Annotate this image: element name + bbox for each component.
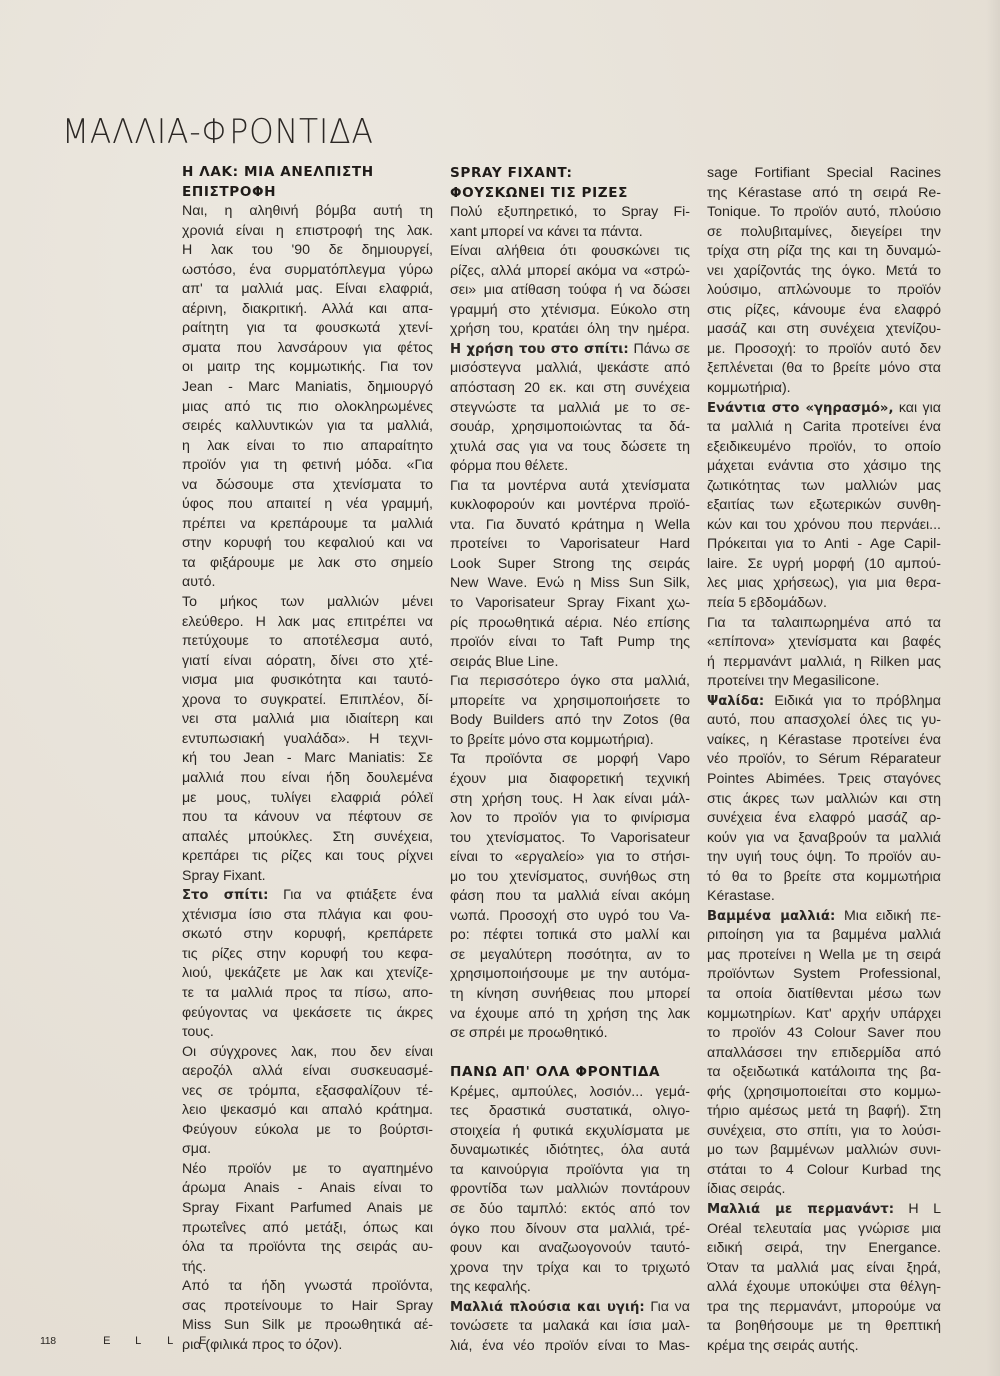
line-text: είναι το «εργαλείο» για το στήσι- bbox=[450, 849, 690, 865]
text-line: πρωτεΐνες από μετάξι, όπως και bbox=[182, 1219, 433, 1239]
line-text: Οι σύγχρονες λακ, που δεν είναι bbox=[182, 1044, 433, 1060]
line-text: μο του χτενίσματος, συνήθως στη bbox=[450, 869, 690, 885]
text-line: τη κίνηση συνήθειας που μπορεί bbox=[450, 985, 690, 1005]
line-text: να έχουμε από τη χρήση της λακ bbox=[450, 1006, 690, 1022]
text-line: στις ρίζες, κάνουμε ένα ελαφρό bbox=[707, 301, 941, 321]
line-text: Το μήκος των μαλλιών μένει bbox=[182, 594, 433, 610]
text-line: Oréal τελευταία μας γνώρισε μια bbox=[707, 1220, 941, 1240]
text-line: Η χρήση του στο σπίτι: Πάνω σε bbox=[450, 340, 690, 360]
line-text: sage Fortifiant Special Racines bbox=[707, 165, 941, 181]
line-text: New Wave. Ενώ η Miss Sun Silk, bbox=[450, 575, 690, 591]
line-text: και για bbox=[893, 400, 941, 416]
text-line: Τα προϊόντα σε μορφή Vapo bbox=[450, 750, 690, 770]
page-title: ΜΑΛΛΙΑ-ΦΡΟΝΤΙΔΑ bbox=[62, 112, 374, 152]
text-line: απ' τα μαλλιά μας. Είναι ελαφριά, bbox=[182, 280, 433, 300]
line-text: τις ρίζες στην κορυφή του κεφα- bbox=[182, 946, 433, 962]
line-text: νωπά. Προσοχή στο υγρό του Va- bbox=[450, 908, 690, 924]
line-text: σουάρ, χρησιμοποιώντας τα δά- bbox=[450, 419, 690, 435]
text-line: της κεφαλής. bbox=[450, 1278, 690, 1298]
line-text: της Kérastase από τη σειρά Re- bbox=[707, 185, 941, 201]
text-line: τις ρίζες στην κορυφή του κεφα- bbox=[182, 945, 433, 965]
text-line: Ενάντια στο «γηρασμό», και για bbox=[707, 399, 941, 419]
text-line: λες μιας χρήσεως), για μια θερα- bbox=[707, 574, 941, 594]
line-text: αέρινη, διακριτική. Αλλά και απα- bbox=[182, 301, 433, 317]
text-line: φουν και αναζωογονούν ταυτό- bbox=[450, 1239, 690, 1259]
line-text: νει στα μαλλιά μια ιδιαίτερη και bbox=[182, 711, 433, 727]
inline-subheading: Ενάντια στο «γηρασμό», bbox=[707, 401, 893, 416]
text-line: Μαλλιά πλούσια και υγιή: Για να bbox=[450, 1298, 690, 1318]
line-text: σειρές καλλυντικών για τα μαλλιά, bbox=[182, 418, 433, 434]
line-text: σε μεγαλύτερη ποσότητα, αν το bbox=[450, 947, 690, 963]
text-line: ειδική σειρά, την Energance. bbox=[707, 1239, 941, 1259]
text-line: ή περμανάντ μαλλιά, η Rilken μας bbox=[707, 653, 941, 673]
line-text: μισόστεγνα μαλλιά, ψεκάστε από bbox=[450, 360, 690, 376]
text-line: οι μαιτρ της κομμωτικής. Για τον bbox=[182, 358, 433, 378]
page-number: 118 bbox=[40, 1335, 100, 1347]
text-line: σματα που λανσάρουν για φέτος bbox=[182, 339, 433, 359]
text-line: σε μεγαλύτερη ποσότητα, αν το bbox=[450, 946, 690, 966]
text-line: χρησιμοποιήσουμε με την αυτόμα- bbox=[450, 965, 690, 985]
text-line: αυτό. bbox=[182, 573, 433, 593]
line-text: Για περισσότερο όγκο στα μαλλιά, bbox=[450, 673, 690, 689]
line-text: μαλλιά που είναι ήδη δουλεμένα bbox=[182, 770, 433, 786]
text-line: Βαμμένα μαλλιά: Μια ειδική πε- bbox=[707, 907, 941, 927]
text-line: στις άκρες των μαλλιών και στη bbox=[707, 790, 941, 810]
line-text: xant μπορεί να κάνει τα πάντα. bbox=[450, 224, 643, 240]
line-text: μπορείτε να χρησιμοποιήσετε το bbox=[450, 693, 690, 709]
text-line: μας προτείνει η Wella με τη σειρά bbox=[707, 946, 941, 966]
text-line: τα καινούργια προϊόντα για τη bbox=[450, 1161, 690, 1181]
line-text: Κρέμες, αμπούλες, λοσιόν... γεμά- bbox=[450, 1084, 690, 1100]
text-line: χτυλά σας για να τους δώσετε τη bbox=[450, 438, 690, 458]
text-line: απαλές μπούκλες. Στη συνέχεια, bbox=[182, 828, 433, 848]
line-text: σμα. bbox=[182, 1141, 211, 1157]
text-line: τα μαλλιά η Carita προτείνει ένα bbox=[707, 418, 941, 438]
line-text: το Vaporisateur Spray Fixant χω- bbox=[450, 595, 690, 611]
line-text: δυναμωτικές ιδιότητες, όλα αυτά bbox=[450, 1142, 690, 1158]
line-text: λειο ψεκασμό και απαλό κράτημα. bbox=[182, 1102, 433, 1118]
line-text: έχουν μια διαφορετική τεχνική bbox=[450, 771, 690, 787]
line-text: μάχεται ενάντια στο χάσιμο της bbox=[707, 458, 941, 474]
line-text: τα φιξάρουμε με λακ στο σημείο bbox=[182, 555, 433, 571]
line-text: χρησιμοποιήσουμε με την αυτόμα- bbox=[450, 966, 690, 982]
line-text: πεία 5 εβδομάδων. bbox=[707, 595, 827, 611]
text-line: po: πέφτει τοπικά στο μαλλί και bbox=[450, 926, 690, 946]
text-line: ίδιας σειράς. bbox=[707, 1180, 941, 1200]
line-text: σει» μια ατίθαση τούφα ή να δώσει bbox=[450, 282, 690, 298]
text-line: κών και του χρόνου που περνάει... bbox=[707, 516, 941, 536]
text-line: ρίζες, αλλά μπορεί ακόμα να «στρώ- bbox=[450, 262, 690, 282]
line-text: Όταν τα μαλλιά μας είναι ξηρά, bbox=[707, 1260, 941, 1276]
text-line: χρονιά είναι η επιστροφή της λακ. bbox=[182, 222, 433, 242]
line-text: κομμωτήρια). bbox=[707, 380, 791, 396]
text-line: ύφος που απαιτεί η νέα γραμμή, bbox=[182, 495, 433, 515]
text-line: Οι σύγχρονες λακ, που δεν είναι bbox=[182, 1043, 433, 1063]
line-text: κή του Jean - Marc Maniatis: Σε bbox=[182, 750, 433, 766]
line-text: της κεφαλής. bbox=[450, 1279, 531, 1295]
text-line: τής. bbox=[182, 1258, 433, 1278]
text-line: Είναι αλήθεια ότι φουσκώνει τις bbox=[450, 242, 690, 262]
line-text: Ναι, η αληθινή βόμβα αυτή τη bbox=[182, 203, 433, 219]
line-text: όλα τα προϊόντα της σειράς αυ- bbox=[182, 1239, 433, 1255]
line-text: Spray Fixant Parfumed Anais με bbox=[182, 1200, 433, 1216]
line-text: Kérastase. bbox=[707, 888, 775, 904]
text-line: εντυπωσιακή γυαλάδα». Η τεχνι- bbox=[182, 730, 433, 750]
line-text: Για να bbox=[645, 1299, 690, 1315]
inline-subheading: Στο σπίτι: bbox=[182, 888, 268, 903]
line-text: φάση που τα μαλλιά είναι ακόμη bbox=[450, 888, 690, 904]
text-line: τό θα το βρείτε στα κομμωτήρια bbox=[707, 868, 941, 888]
text-line: New Wave. Ενώ η Miss Sun Silk, bbox=[450, 574, 690, 594]
brand-letter: L bbox=[135, 1335, 167, 1347]
line-text: χρονα την τρίχα και το τριχωτό bbox=[450, 1260, 690, 1276]
line-text: γραμμή στο χτένισμα. Εύκολο στη bbox=[450, 302, 690, 318]
text-line: xant μπορεί να κάνει τα πάντα. bbox=[450, 223, 690, 243]
line-text: Για τα μοντέρνα αυτά χτενίσματα bbox=[450, 478, 690, 494]
text-line: μπορείτε να χρησιμοποιήσετε το bbox=[450, 692, 690, 712]
text-line: προτείνει το Vaporisateur Hard bbox=[450, 535, 690, 555]
line-text: τα μαλλιά η Carita προτείνει ένα bbox=[707, 419, 941, 435]
brand-letter: L bbox=[167, 1335, 199, 1347]
line-text: Oréal τελευταία μας γνώρισε μια bbox=[707, 1221, 941, 1237]
text-line: αεροζόλ αλλά είναι συσκευασμέ- bbox=[182, 1062, 433, 1082]
section-heading: Η ΛΑΚ: ΜΙΑ ΑΝΕΛΠΙΣΤΗ bbox=[182, 163, 433, 183]
line-text: μιας από τις πιο ολοκληρωμένες bbox=[182, 399, 433, 415]
text-line: νωπά. Προσοχή στο υγρό του Va- bbox=[450, 907, 690, 927]
text-line: Μαλλιά με περμανάντ: Η L bbox=[707, 1200, 941, 1220]
text-line: έχουν μια διαφορετική τεχνική bbox=[450, 770, 690, 790]
line-text: αυτό. bbox=[182, 574, 215, 590]
article-column-1: Η ΛΑΚ: ΜΙΑ ΑΝΕΛΠΙΣΤΗΕΠΙΣΤΡΟΦΗΝαι, η αληθ… bbox=[182, 163, 433, 1355]
text-line: μάχεται ενάντια στο χάσιμο της bbox=[707, 457, 941, 477]
line-text: του χτενίσματος. Το Vaporisateur bbox=[450, 830, 690, 846]
line-text: ρίζες, αλλά μπορεί ακόμα να «στρώ- bbox=[450, 263, 690, 279]
text-line: sage Fortifiant Special Racines bbox=[707, 164, 941, 184]
text-line: προτείνει την Megasilicone. bbox=[707, 672, 941, 692]
line-text: Η λακ του '90 δε δημιουργεί, bbox=[182, 242, 433, 258]
text-line: που τα κάνουν να πέφτουν σε bbox=[182, 808, 433, 828]
line-text: χτένισμα ίσιο στα πλάγια και φου- bbox=[182, 907, 433, 923]
line-text: σε δύο ταμπλό: εκτός από τον bbox=[450, 1201, 690, 1217]
line-text: κομμωτηρίων. Κατ' αρχήν υπάρχει bbox=[707, 1006, 941, 1022]
text-line: χρονα την τρίχα και το τριχωτό bbox=[450, 1259, 690, 1279]
line-text: νει χαρίζοντάς της όγκο. Μετά το bbox=[707, 263, 941, 279]
line-text: ή περμανάντ μαλλιά, η Rilken μας bbox=[707, 654, 941, 670]
text-line: με. Προσοχή: το προϊόν αυτό δεν bbox=[707, 340, 941, 360]
text-line: Pointes Abimées. Τρεις σταγόνες bbox=[707, 770, 941, 790]
line-text: τονώσετε τα μαλακά και ίσια μαλ- bbox=[450, 1318, 690, 1334]
line-text: χρονιά είναι η επιστροφή της λακ. bbox=[182, 223, 433, 239]
text-line: σε σπρέι με προωθητικό. bbox=[450, 1024, 690, 1044]
text-line: ντα. Για δυνατό κράτημα η Wella bbox=[450, 516, 690, 536]
text-line: το βρείτε μόνο στα κομμωτήρια). bbox=[450, 731, 690, 751]
text-line: Kérastase. bbox=[707, 887, 941, 907]
section-heading: ΠΑΝΩ ΑΠ' ΟΛΑ ΦΡΟΝΤΙΔΑ bbox=[450, 1063, 690, 1083]
line-text: κούν για να ξαναβρούν τα μαλλιά bbox=[707, 830, 941, 846]
text-line: ωστόσο, ένα συρματόπλεγμα γύρω bbox=[182, 261, 433, 281]
line-text: κυκλοφορούν και μοντέρνα προϊό- bbox=[450, 497, 690, 513]
text-line: η λακ είναι το πιο απαραίτητο bbox=[182, 437, 433, 457]
text-line: σουάρ, χρησιμοποιώντας τα δά- bbox=[450, 418, 690, 438]
text-line: Όταν τα μαλλιά μας είναι ξηρά, bbox=[707, 1259, 941, 1279]
line-text: στην κορυφή του κεφαλιού και να bbox=[182, 535, 433, 551]
text-line: να δώσουμε στα χτενίσματα το bbox=[182, 476, 433, 496]
line-text: σκωτό στην κορυφή, κρεπάρετε bbox=[182, 926, 433, 942]
line-text: Πολύ εξυπηρετικό, το Spray Fi- bbox=[450, 204, 690, 220]
line-text: η λακ είναι το πιο απαραίτητο bbox=[182, 438, 433, 454]
text-line: γιατί είναι αόρατη, δίνει στο χτέ- bbox=[182, 652, 433, 672]
line-text: σειράς Blue Line. bbox=[450, 654, 558, 670]
text-line: πεία 5 εβδομάδων. bbox=[707, 594, 941, 614]
text-line: χρήση του, κρατάει όλη την ημέρα. bbox=[450, 320, 690, 340]
text-line: μο των βαμμένων μαλλιών συνι- bbox=[707, 1141, 941, 1161]
text-line: στοιχεία ή φυτικά εκχυλίσματα με bbox=[450, 1122, 690, 1142]
line-text: κών και του χρόνου που περνάει... bbox=[707, 517, 941, 533]
line-text: εξειδικευμένο προϊόν, το οποίο bbox=[707, 439, 941, 455]
text-line: τες δραστικά συστατικά, ολιγο- bbox=[450, 1102, 690, 1122]
text-line: αλλά έχουμε υποκύψει στα θέλγη- bbox=[707, 1278, 941, 1298]
text-line: στάται το 4 Colour Kurbad της bbox=[707, 1161, 941, 1181]
text-line: κρέμα της σειράς αυτής. bbox=[707, 1337, 941, 1357]
line-text: συνέχεια ένα ελαφρό μασάζ αρ- bbox=[707, 810, 941, 826]
text-line: κομμωτήρια). bbox=[707, 379, 941, 399]
text-line: πετύχουμε το αποτέλεσμα αυτό, bbox=[182, 632, 433, 652]
line-text: μας προτείνει η Wella με τη σειρά bbox=[707, 947, 941, 963]
text-line: Ψαλίδα: Ειδικά για το πρόβλημα bbox=[707, 692, 941, 712]
text-line: την υγιή τους όψη. Το προϊόν αυ- bbox=[707, 848, 941, 868]
line-text: απ' τα μαλλιά μας. Είναι ελαφριά, bbox=[182, 281, 433, 297]
line-text: τη κίνηση συνήθειας που μπορεί bbox=[450, 986, 690, 1002]
text-line: συνέχεια ένα ελαφρό μασάζ αρ- bbox=[707, 809, 941, 829]
section-heading: SPRAY FIXANT: bbox=[450, 164, 690, 184]
text-line: με μους, τυλίγει ελαφριά ρόλεϊ bbox=[182, 789, 433, 809]
text-line: το Vaporisateur Spray Fixant χω- bbox=[450, 594, 690, 614]
line-text: τα βοηθήσουμε με τη θρεπτική bbox=[707, 1318, 941, 1334]
line-text: τα οποία διατίθενται μέσω των bbox=[707, 986, 941, 1002]
line-text: προτείνει την Megasilicone. bbox=[707, 673, 879, 689]
line-text: ελεύθερο. Η λακ μας επιτρέπει να bbox=[182, 614, 433, 630]
line-text: αλλά έχουμε υποκύψει στα θέλγη- bbox=[707, 1279, 941, 1295]
line-text: πρωτεΐνες από μετάξι, όπως και bbox=[182, 1220, 433, 1236]
text-line: νέο προϊόν, το Sérum Réparateur bbox=[707, 750, 941, 770]
line-text: λες μιας χρήσεως), για μια θερα- bbox=[707, 575, 941, 591]
line-text: φροντίδα των μαλλιών ποντάρουν bbox=[450, 1181, 690, 1197]
text-line: λιού, ψεκάζετε με λακ και χτενίζε- bbox=[182, 964, 433, 984]
line-text: την υγιή τους όψη. Το προϊόν αυ- bbox=[707, 849, 941, 865]
text-line: νει χαρίζοντάς της όγκο. Μετά το bbox=[707, 262, 941, 282]
text-line: Πρόκειται για το Anti - Age Capil- bbox=[707, 535, 941, 555]
line-text: με μους, τυλίγει ελαφριά ρόλεϊ bbox=[182, 790, 433, 806]
text-line: το προϊόν 43 Colour Saver που bbox=[707, 1024, 941, 1044]
text-line: ναίκες, η Kérastase προτείνει ένα bbox=[707, 731, 941, 751]
line-text: Pointes Abimées. Τρεις σταγόνες bbox=[707, 771, 941, 787]
line-text: το προϊόν 43 Colour Saver που bbox=[707, 1025, 941, 1041]
text-line: να έχουμε από τη χρήση της λακ bbox=[450, 1005, 690, 1025]
text-line: τήριο αμέσως μετά τη βαφή). Στη bbox=[707, 1102, 941, 1122]
magazine-brand: ELLE bbox=[103, 1335, 231, 1347]
line-text: Από τα ήδη γνωστά προϊόντα, bbox=[182, 1278, 433, 1294]
line-text: άρωμα Anais - Anais είναι το bbox=[182, 1180, 433, 1196]
line-text: ξεπλένεται (θα το βρείτε μόνο στα bbox=[707, 360, 941, 376]
line-text: ναίκες, η Kérastase προτείνει ένα bbox=[707, 732, 941, 748]
line-text: στοιχεία ή φυτικά εκχυλίσματα με bbox=[450, 1123, 690, 1139]
text-line: εξαιτίας των εξωτερικών συνθη- bbox=[707, 496, 941, 516]
line-text: αυτό, που απασχολεί όλες τις γυ- bbox=[707, 712, 941, 728]
line-text: ρίς προωθητικά αέρια. Νέο επίσης bbox=[450, 615, 690, 631]
line-text: τό θα το βρείτε στα κομμωτήρια bbox=[707, 869, 941, 885]
line-text: στάται το 4 Colour Kurbad της bbox=[707, 1162, 941, 1178]
line-text: σε πολυβιταμίνες, διεγείρει την bbox=[707, 224, 941, 240]
text-line: Για περισσότερο όγκο στα μαλλιά, bbox=[450, 672, 690, 692]
text-line: φής (χρησιμοποιείται στο κομμω- bbox=[707, 1083, 941, 1103]
line-text: απόσταση 20 εκ. και στη συνέχεια bbox=[450, 380, 690, 396]
page-footer: 118 ELLE bbox=[40, 1335, 231, 1347]
text-line: μασάζ και στη συνέχεια χτενίζου- bbox=[707, 320, 941, 340]
line-text: φόρμα που θέλετε. bbox=[450, 458, 568, 474]
text-line: τα οποία διατίθενται μέσω των bbox=[707, 985, 941, 1005]
line-text: συνέχεια, στο σπίτι, για το λούσι- bbox=[707, 1123, 941, 1139]
text-line: αέρινη, διακριτική. Αλλά και απα- bbox=[182, 300, 433, 320]
line-text: ραίτητη για τα φουσκωτά χτενί- bbox=[182, 320, 433, 336]
text-line: είναι το «εργαλείο» για το στήσι- bbox=[450, 848, 690, 868]
line-text: Spray Fixant. bbox=[182, 868, 266, 884]
text-line: Look Super Strong της σειράς bbox=[450, 555, 690, 575]
text-line: κρεπάρει τις ρίζες και τους ρίχνει bbox=[182, 847, 433, 867]
text-line: τρίχα στη ρίζα της και τη δυναμώ- bbox=[707, 242, 941, 262]
line-text: Body Builders από την Zotos (θα bbox=[450, 712, 690, 728]
text-line: σκωτό στην κορυφή, κρεπάρετε bbox=[182, 925, 433, 945]
line-text: φεύγοντας να ψεκάσετε τις άκρες bbox=[182, 1005, 433, 1021]
line-text: τρίχα στη ρίζα της και τη δυναμώ- bbox=[707, 243, 941, 259]
text-line: ελεύθερο. Η λακ μας επιτρέπει να bbox=[182, 613, 433, 633]
line-text: εξαιτίας των εξωτερικών συνθη- bbox=[707, 497, 941, 513]
line-text: τήριο αμέσως μετά τη βαφή). Στη bbox=[707, 1103, 941, 1119]
text-line: στεγνώστε τα μαλλιά με το σε- bbox=[450, 399, 690, 419]
inline-subheading: Βαμμένα μαλλιά: bbox=[707, 909, 835, 924]
text-line: κή του Jean - Marc Maniatis: Σε bbox=[182, 749, 433, 769]
text-line: δυναμωτικές ιδιότητες, όλα αυτά bbox=[450, 1141, 690, 1161]
text-line: μιας από τις πιο ολοκληρωμένες bbox=[182, 398, 433, 418]
line-text: μο των βαμμένων μαλλιών συνι- bbox=[707, 1142, 941, 1158]
line-text: ειδική σειρά, την Energance. bbox=[707, 1240, 941, 1256]
inline-subheading: Μαλλιά με περμανάντ: bbox=[707, 1202, 894, 1217]
section-heading: ΦΟΥΣΚΩΝΕΙ ΤΙΣ ΡΙΖΕΣ bbox=[450, 184, 690, 204]
line-text: τής. bbox=[182, 1259, 206, 1275]
line-text: Μια ειδική πε- bbox=[835, 908, 941, 924]
text-line: ζωτικότητας των μαλλιών μας bbox=[707, 477, 941, 497]
text-line: απόσταση 20 εκ. και στη συνέχεια bbox=[450, 379, 690, 399]
line-text: προϊόν για τη φετινή μόδα. «Για bbox=[182, 457, 433, 473]
text-line: τα οξειδωτικά κατάλοιπα της βα- bbox=[707, 1063, 941, 1083]
text-line: τα φιξάρουμε με λακ στο σημείο bbox=[182, 554, 433, 574]
line-text: po: πέφτει τοπικά στο μαλλί και bbox=[450, 927, 690, 943]
line-text: Tonique. Το προϊόν αυτό, πλούσιο bbox=[707, 204, 941, 220]
text-line: σειράς Blue Line. bbox=[450, 653, 690, 673]
article-column-2: SPRAY FIXANT:ΦΟΥΣΚΩΝΕΙ ΤΙΣ ΡΙΖΕΣΠολύ εξυ… bbox=[450, 164, 690, 1356]
text-line: «επίπονα» χτενίσματα και βαφές bbox=[707, 633, 941, 653]
text-line: εξειδικευμένο προϊόν, το οποίο bbox=[707, 438, 941, 458]
line-text: Miss Sun Silk με προωθητικά αέ- bbox=[182, 1317, 433, 1333]
line-text: σματα που λανσάρουν για φέτος bbox=[182, 340, 433, 356]
line-text: προϊόν είναι το Taft Pump της bbox=[450, 634, 690, 650]
text-line: τους. bbox=[182, 1023, 433, 1043]
line-text: σε σπρέι με προωθητικό. bbox=[450, 1025, 608, 1041]
line-text: Jean - Marc Maniatis, δημιουργό bbox=[182, 379, 433, 395]
line-text: απαλές μπούκλες. Στη συνέχεια, bbox=[182, 829, 433, 845]
text-line: ξεπλένεται (θα το βρείτε μόνο στα bbox=[707, 359, 941, 379]
line-text: σας προτείνουμε το Hair Spray bbox=[182, 1298, 433, 1314]
text-line: Jean - Marc Maniatis, δημιουργό bbox=[182, 378, 433, 398]
line-text: Η L bbox=[894, 1201, 941, 1217]
line-text: πετύχουμε το αποτέλεσμα αυτό, bbox=[182, 633, 433, 649]
text-line: ραίτητη για τα φουσκωτά χτενί- bbox=[182, 319, 433, 339]
text-line: τα βοηθήσουμε με τη θρεπτική bbox=[707, 1317, 941, 1337]
line-text: ριποίηση για τα βαμμένα μαλλιά bbox=[707, 927, 941, 943]
text-line: νει στα μαλλιά μια ιδιαίτερη και bbox=[182, 710, 433, 730]
article-column-3: sage Fortifiant Special Racinesτης Kéras… bbox=[707, 164, 941, 1356]
text-line: λον το προϊόν για το φινίρισμα bbox=[450, 809, 690, 829]
text-line: Το μήκος των μαλλιών μένει bbox=[182, 593, 433, 613]
text-line: φόρμα που θέλετε. bbox=[450, 457, 690, 477]
line-text: ντα. Για δυνατό κράτημα η Wella bbox=[450, 517, 690, 533]
line-text: ζωτικότητας των μαλλιών μας bbox=[707, 478, 941, 494]
text-line: προϊόν είναι το Taft Pump της bbox=[450, 633, 690, 653]
line-text: στη χρήση τους. Η λακ είναι μάλ- bbox=[450, 791, 690, 807]
line-text: Για να φτιάξετε ένα bbox=[268, 887, 433, 903]
line-text: Πρόκειται για το Anti - Age Capil- bbox=[707, 536, 941, 552]
text-line: Spray Fixant. bbox=[182, 867, 433, 887]
text-line: στην κορυφή του κεφαλιού και να bbox=[182, 534, 433, 554]
line-text: Νέο προϊόν με το αγαπημένο bbox=[182, 1161, 433, 1177]
text-line: Από τα ήδη γνωστά προϊόντα, bbox=[182, 1277, 433, 1297]
text-line: όλα τα προϊόντα της σειράς αυ- bbox=[182, 1238, 433, 1258]
text-line: τρα της περμανάντ, μπορούμε να bbox=[707, 1298, 941, 1318]
text-line: συνέχεια, στο σπίτι, για το λούσι- bbox=[707, 1122, 941, 1142]
line-text: λιού, ψεκάζετε με λακ και χτενίζε- bbox=[182, 965, 433, 981]
brand-letter: E bbox=[199, 1335, 231, 1347]
text-line: σειρές καλλυντικών για τα μαλλιά, bbox=[182, 417, 433, 437]
text-line: ρίς προωθητικά αέρια. Νέο επίσης bbox=[450, 614, 690, 634]
inline-subheading: Ψαλίδα: bbox=[707, 694, 764, 709]
text-line: μισόστεγνα μαλλιά, ψεκάστε από bbox=[450, 359, 690, 379]
text-line: αυτό, που απασχολεί όλες τις γυ- bbox=[707, 711, 941, 731]
text-line: φάση που τα μαλλιά είναι ακόμη bbox=[450, 887, 690, 907]
line-text: τες δραστικά συστατικά, ολιγο- bbox=[450, 1103, 690, 1119]
text-line: Στο σπίτι: Για να φτιάξετε ένα bbox=[182, 886, 433, 906]
line-text: φουν και αναζωογονούν ταυτό- bbox=[450, 1240, 690, 1256]
text-line: κομμωτηρίων. Κατ' αρχήν υπάρχει bbox=[707, 1005, 941, 1025]
text-line: Νέο προϊόν με το αγαπημένο bbox=[182, 1160, 433, 1180]
text-line: νες σε τρόμπα, εξασφαλίζουν τέ- bbox=[182, 1082, 433, 1102]
line-text: φής (χρησιμοποιείται στο κομμω- bbox=[707, 1084, 941, 1100]
text-line: τε τα μαλλιά προς τα πίσω, απο- bbox=[182, 984, 433, 1004]
line-text: γιατί είναι αόρατη, δίνει στο χτέ- bbox=[182, 653, 433, 669]
line-text: τους. bbox=[182, 1024, 214, 1040]
text-line: τονώσετε τα μαλακά και ίσια μαλ- bbox=[450, 1317, 690, 1337]
text-line: χρονα το συγκρατεί. Επιπλέον, δί- bbox=[182, 691, 433, 711]
text-line: χτένισμα ίσιο στα πλάγια και φου- bbox=[182, 906, 433, 926]
inline-subheading: Η χρήση του στο σπίτι: bbox=[450, 342, 629, 357]
line-text: νες σε τρόμπα, εξασφαλίζουν τέ- bbox=[182, 1083, 433, 1099]
text-line: απαλλάσσει την επιδερμίδα από bbox=[707, 1044, 941, 1064]
text-line: Κρέμες, αμπούλες, λοσιόν... γεμά- bbox=[450, 1083, 690, 1103]
text-line: όγκο που δίνουν στα μαλλιά, τρέ- bbox=[450, 1220, 690, 1240]
text-line: Spray Fixant Parfumed Anais με bbox=[182, 1199, 433, 1219]
line-text: με. Προσοχή: το προϊόν αυτό δεν bbox=[707, 341, 941, 357]
line-text: στεγνώστε τα μαλλιά με το σε- bbox=[450, 400, 690, 416]
line-text: τρα της περμανάντ, μπορούμε να bbox=[707, 1299, 941, 1315]
text-line: κυκλοφορούν και μοντέρνα προϊό- bbox=[450, 496, 690, 516]
